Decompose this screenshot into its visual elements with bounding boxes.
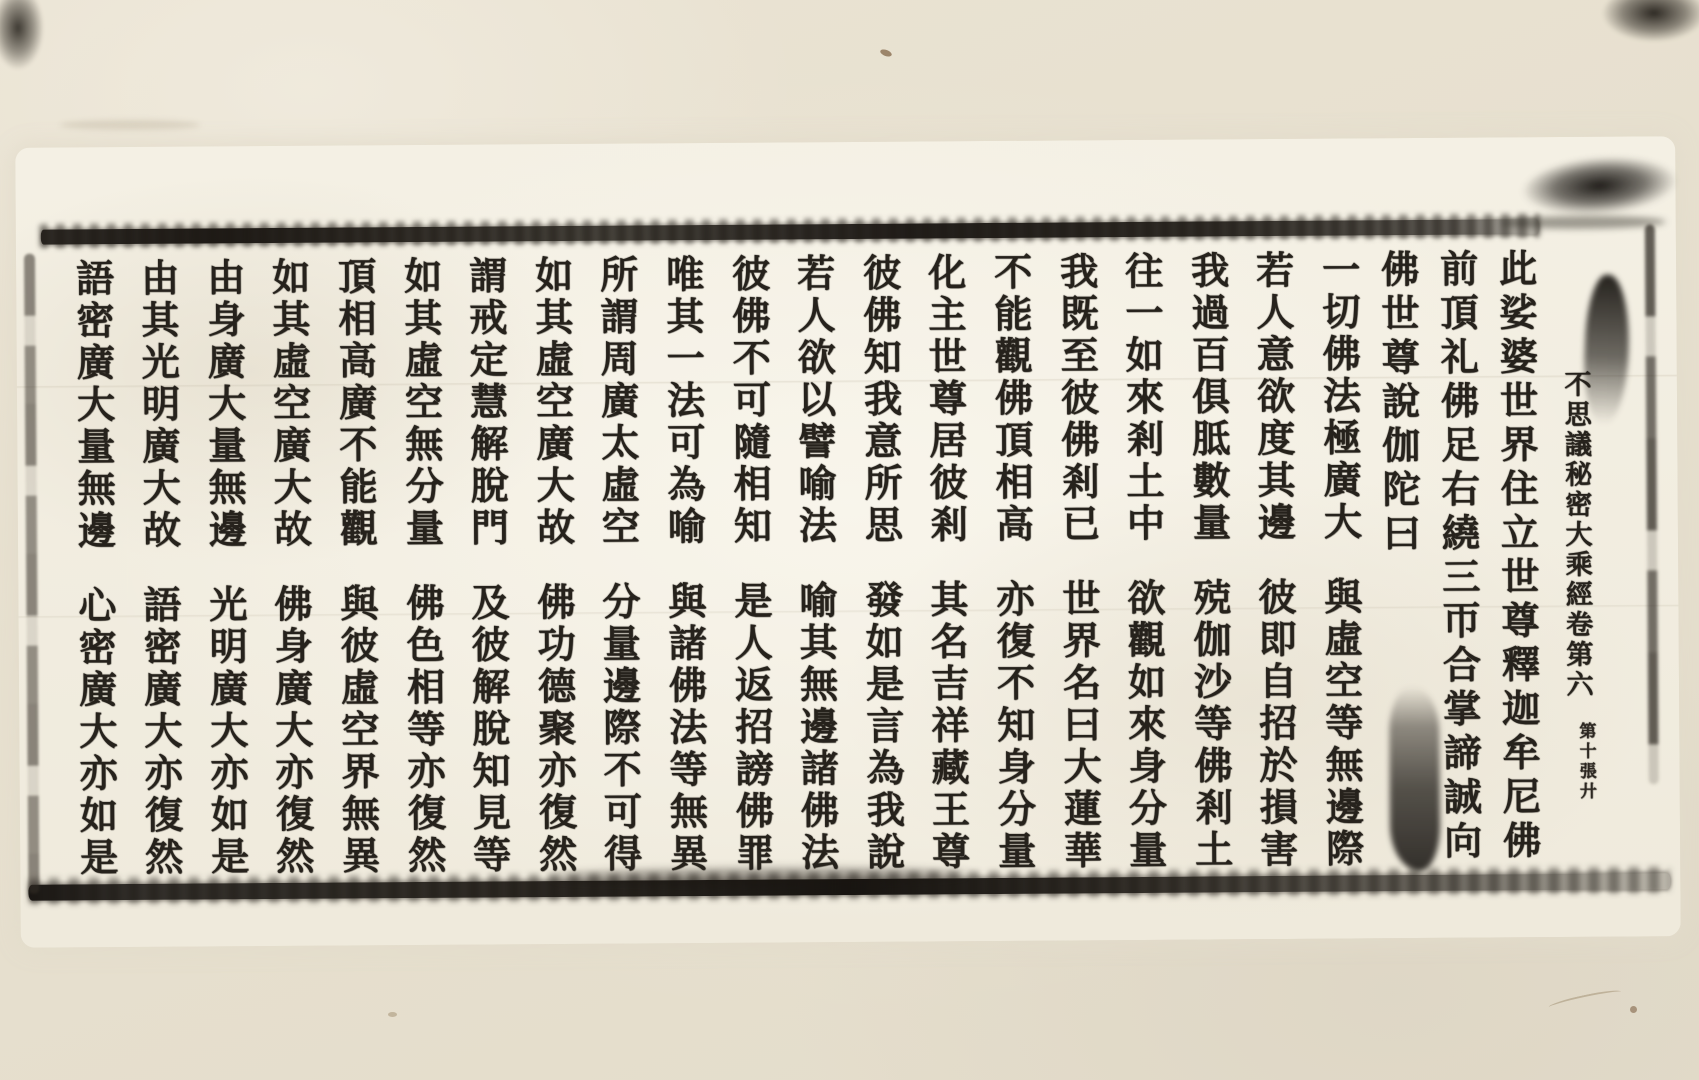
verse-bottom-line: 是人返招謗佛罪 [722, 580, 779, 874]
sheet-number-note: 第十張廾 [1573, 722, 1599, 802]
text-column-19: 頂相高廣不能觀與彼虛空界無異 [325, 145, 385, 945]
text-column-7: 往一如來剎土中欲觀如來身分量 [1112, 140, 1172, 940]
text-column-8: 我既至彼佛剎已世界名曰大蓮華 [1047, 140, 1107, 940]
text-column-4: 一切佛法極廣大與虛空等無邊際 [1309, 138, 1369, 938]
verse-bottom-line: 佛功德聚亦復然 [525, 582, 582, 876]
verse-top-line: 不能觀佛頂相高 [981, 252, 1038, 546]
verse-bottom-line: 及彼解脫知見等 [459, 582, 516, 876]
paper-fleck [1630, 1006, 1637, 1013]
ink-smudge-top-right [1602, 0, 1699, 42]
verse-top-line: 化主世尊居彼剎 [915, 252, 972, 546]
verse-bottom-line: 亦復不知身分量 [984, 579, 1041, 873]
text-column-17: 謂戒定慧解脫門及彼解脫知見等 [456, 144, 516, 944]
verse-top-line: 我既至彼佛剎已 [1047, 251, 1104, 545]
verse-top-line: 彼佛不可隨相知 [719, 254, 776, 548]
verse-bottom-line: 光明廣大亦如是 [197, 584, 254, 878]
verse-top-line: 往一如來剎土中 [1112, 251, 1169, 545]
verse-bottom-line: 欲觀如來身分量 [1115, 578, 1172, 872]
verse-bottom-line: 與諸佛法等無異 [656, 581, 713, 875]
text-column-10: 化主世尊居彼剎其名吉祥藏王尊 [915, 141, 975, 941]
text-column-22: 由其光明廣大故語密廣大亦復然 [128, 147, 188, 947]
text-column-13: 彼佛不可隨相知是人返招謗佛罪 [719, 143, 779, 943]
prose-line: 此娑婆世界住立世尊釋迦牟尼佛 [1486, 248, 1545, 864]
verse-top-line: 所謂周廣太虛空 [587, 254, 644, 548]
text-column-20: 如其虛空廣大故佛身廣大亦復然 [259, 146, 319, 946]
verse-top-line: 由其光明廣大故 [128, 258, 185, 552]
verse-bottom-line: 心密廣大亦如是 [66, 585, 123, 879]
verse-bottom-line: 其名吉祥藏王尊 [918, 579, 975, 873]
verse-top-line: 如其虛空廣大故 [259, 257, 316, 551]
verse-top-line: 唯其一法可為喻 [653, 254, 710, 548]
verse-top-line: 頂相高廣不能觀 [325, 256, 382, 550]
sutra-title: 不思議秘密大乘經卷第六 [1556, 370, 1597, 700]
paper-fleck [879, 48, 892, 58]
text-column-21: 由身廣大量無邊光明廣大亦如是 [194, 146, 254, 946]
text-column-23: 語密廣大量無邊心密廣大亦如是 [63, 147, 123, 947]
text-column-1: 此娑婆世界住立世尊釋迦牟尼佛 [1486, 137, 1546, 937]
verse-bottom-line: 語密廣大亦復然 [131, 585, 188, 879]
text-column-6: 我過百俱胝數量殑伽沙等佛剎土 [1178, 139, 1238, 939]
verse-bottom-line: 喻其無邊諸佛法 [787, 580, 844, 874]
text-column-2: 前頂礼佛足右繞三帀合掌諦誠向 [1427, 138, 1487, 938]
text-column-3: 佛世尊說伽陀曰 [1368, 138, 1428, 938]
verse-top-line: 一切佛法極廣大 [1309, 249, 1366, 543]
text-columns: 不思議秘密大乘經卷第六 第十張廾 此娑婆世界住立世尊釋迦牟尼佛前頂礼佛足右繞三帀… [15, 136, 1681, 948]
verse-bottom-line: 彼即自招於損害 [1246, 577, 1303, 871]
verse-top-line: 如其虛空無分量 [391, 256, 448, 550]
verse-top-line: 若人意欲度其邊 [1243, 250, 1300, 544]
verse-top-line: 若人欲以譬喻法 [784, 253, 841, 547]
text-column-11: 彼佛知我意所思發如是言為我說 [850, 142, 910, 942]
verse-top-line: 謂戒定慧解脫門 [456, 255, 513, 549]
ink-smudge-top-left [0, 0, 44, 70]
text-column-14: 唯其一法可為喻與諸佛法等無異 [653, 143, 713, 943]
prose-line: 佛世尊說伽陀曰 [1368, 249, 1425, 557]
verse-bottom-line: 世界名曰大蓮華 [1050, 578, 1107, 872]
printed-sheet: 不思議秘密大乘經卷第六 第十張廾 此娑婆世界住立世尊釋迦牟尼佛前頂礼佛足右繞三帀… [15, 136, 1681, 948]
verse-top-line: 語密廣大量無邊 [64, 258, 121, 552]
text-column-5: 若人意欲度其邊彼即自招於損害 [1243, 139, 1303, 939]
verse-bottom-line: 分量邊際不可得 [590, 581, 647, 875]
paper-stain [60, 120, 200, 130]
prose-line: 前頂礼佛足右繞三帀合掌諦誠向 [1427, 249, 1486, 865]
verse-bottom-line: 佛色相等亦復然 [394, 583, 451, 877]
text-column-18: 如其虛空無分量佛色相等亦復然 [391, 145, 451, 945]
verse-bottom-line: 與虛空等無邊際 [1312, 576, 1369, 870]
paper-fiber [1548, 987, 1622, 1011]
verse-bottom-line: 佛身廣大亦復然 [262, 584, 319, 878]
verse-top-line: 我過百俱胝數量 [1178, 250, 1235, 544]
verse-top-line: 彼佛知我意所思 [850, 253, 907, 547]
verse-top-line: 由身廣大量無邊 [194, 257, 251, 551]
verse-bottom-line: 殑伽沙等佛剎土 [1181, 577, 1238, 871]
verse-top-line: 如其虛空廣大故 [522, 255, 579, 549]
paper-fleck [388, 1012, 397, 1017]
text-column-15: 所謂周廣太虛空分量邊際不可得 [587, 143, 647, 943]
sutra-title-column: 不思議秘密大乘經卷第六 第十張廾 [1547, 137, 1607, 937]
text-column-12: 若人欲以譬喻法喻其無邊諸佛法 [784, 142, 844, 942]
verse-bottom-line: 發如是言為我說 [853, 580, 910, 874]
text-column-16: 如其虛空廣大故佛功德聚亦復然 [522, 144, 582, 944]
text-column-9: 不能觀佛頂相高亦復不知身分量 [981, 141, 1041, 941]
scanned-sutra-page: 不思議秘密大乘經卷第六 第十張廾 此娑婆世界住立世尊釋迦牟尼佛前頂礼佛足右繞三帀… [0, 0, 1699, 1080]
verse-bottom-line: 與彼虛空界無異 [328, 583, 385, 877]
